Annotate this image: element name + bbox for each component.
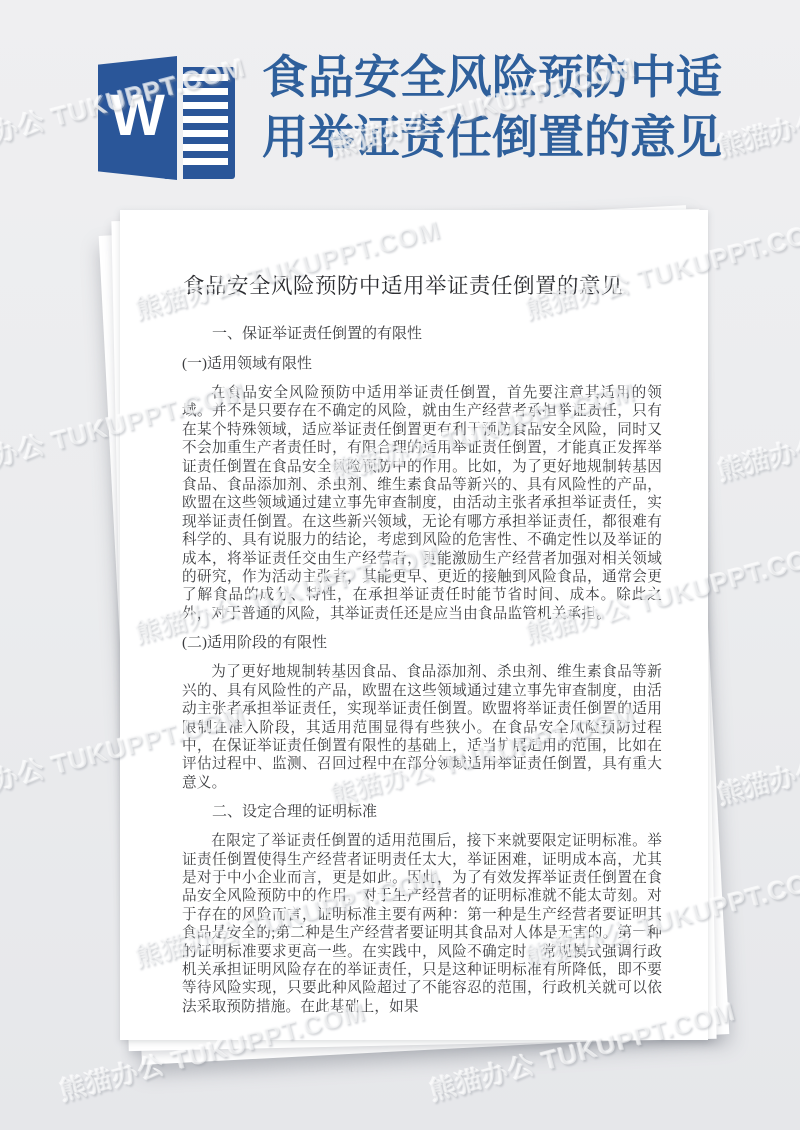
word-icon: W: [92, 56, 238, 180]
word-icon-gap: [176, 56, 183, 180]
paragraph-2: 为了更好地规制转基因食品、食品添加剂、杀虫剂、维生素食品等新兴的、具有风险性的产…: [182, 663, 662, 792]
preview-title-line1: 食品安全风险预防中适: [262, 48, 732, 108]
paragraph-3: 在限定了举证责任倒置的适用范围后，接下来就要限定证明标准。举证责任倒置使得生产经…: [182, 832, 662, 1016]
section-heading-1: 一、保证举证责任倒置的有限性: [182, 324, 662, 344]
watermark: 熊猫办公 TUKUPPT.COM: [713, 371, 800, 488]
paragraph-1: 在食品安全风险预防中适用举证责任倒置，首先要注意其适用的领域。并不是只要存在不确…: [182, 384, 662, 623]
document-title: 食品安全风险预防中适用举证责任倒置的意见: [183, 272, 662, 300]
preview-title: 食品安全风险预防中适 用举证责任倒置的意见: [262, 48, 732, 168]
word-icon-cover: W: [98, 56, 177, 180]
watermark: 熊猫办公 TUKUPPT.COM: [713, 695, 800, 812]
preview-title-line2: 用举证责任倒置的意见: [262, 108, 732, 168]
subsection-heading-1-1: (一)适用领域有限性: [182, 354, 662, 374]
section-heading-2: 二、设定合理的证明标准: [182, 802, 662, 822]
word-icon-letter: W: [110, 87, 165, 145]
preview-header: W 食品安全风险预防中适 用举证责任倒置的意见: [0, 0, 800, 200]
document-page: 食品安全风险预防中适用举证责任倒置的意见 一、保证举证责任倒置的有限性 (一)适…: [120, 210, 708, 1040]
subsection-heading-1-2: (二)适用阶段的有限性: [182, 633, 662, 653]
document-preview-canvas: W 食品安全风险预防中适 用举证责任倒置的意见 食品安全风险预防中适用举证责任倒…: [0, 0, 800, 1130]
document-body: 食品安全风险预防中适用举证责任倒置的意见 一、保证举证责任倒置的有限性 (一)适…: [120, 210, 708, 1016]
